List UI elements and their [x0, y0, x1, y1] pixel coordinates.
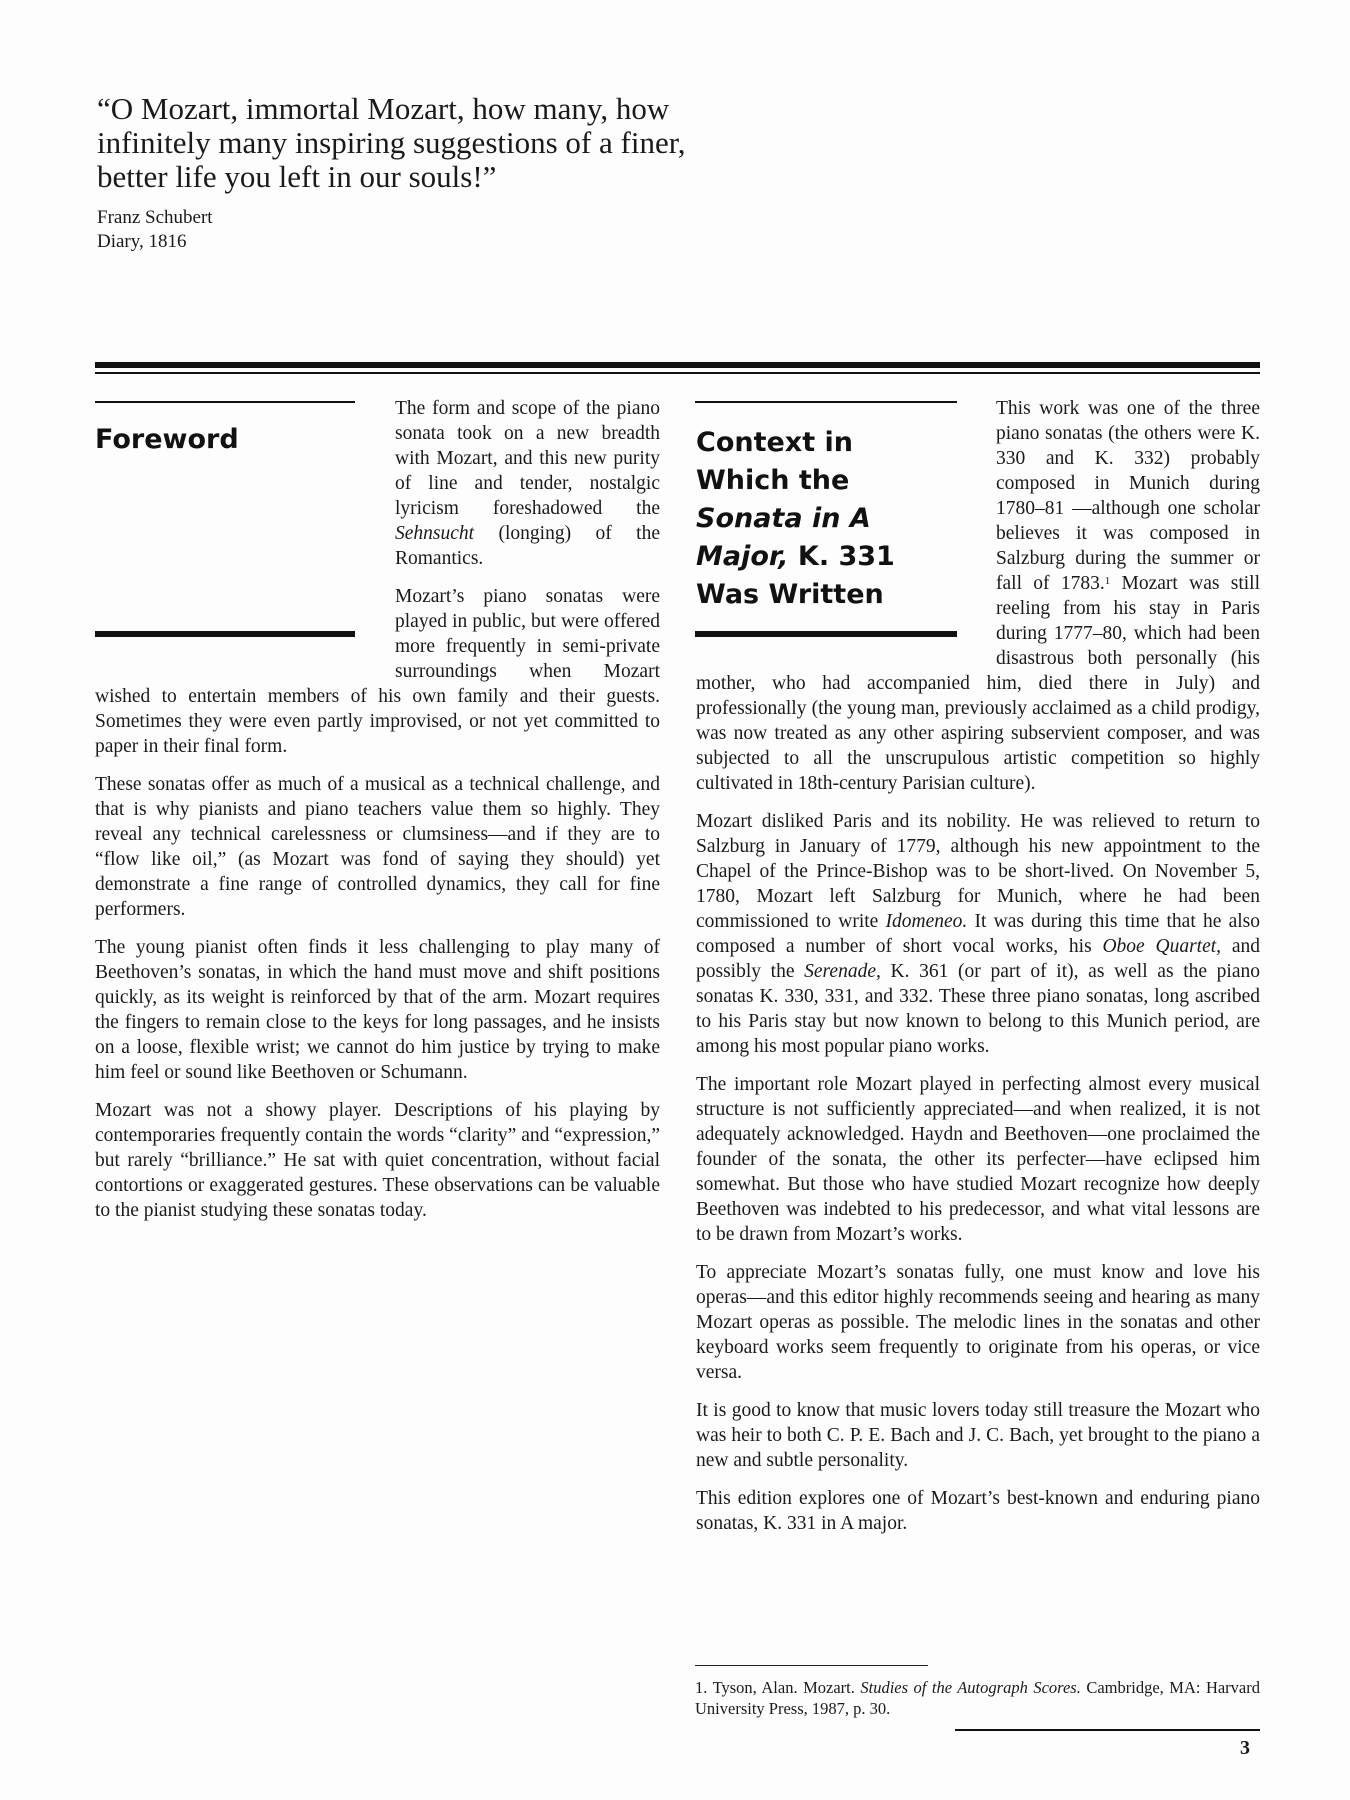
section-divider-thick [95, 362, 1260, 368]
context-paragraph: This edition explores one of Mozart’s be… [696, 1486, 1260, 1536]
foreword-paragraph: Mozart was not a showy player. Descripti… [95, 1098, 660, 1223]
footnote-ref[interactable]: 1 [1105, 575, 1111, 587]
footnote-rule [695, 1665, 928, 1666]
epigraph: “O Mozart, immortal Mozart, how many, ho… [97, 92, 717, 254]
epigraph-source: Diary, 1816 [97, 230, 717, 254]
context-paragraph: To appreciate Mozart’s sonatas fully, on… [696, 1260, 1260, 1385]
epigraph-quote: “O Mozart, immortal Mozart, how many, ho… [97, 92, 717, 194]
context-paragraph: Mozart disliked Paris and its nobility. … [696, 809, 1260, 1059]
page-number: 3 [1240, 1737, 1250, 1760]
foreword-paragraph: The young pianist often finds it less ch… [95, 935, 660, 1085]
page-number-rule [955, 1729, 1260, 1731]
epigraph-author: Franz Schubert [97, 206, 717, 230]
foreword-paragraph: These sonatas offer as much of a musical… [95, 772, 660, 922]
foreword-body: The form and scope of the piano sonata t… [95, 396, 660, 1236]
context-body: This work was one of the three piano son… [696, 396, 1260, 1549]
context-paragraph: It is good to know that music lovers tod… [696, 1398, 1260, 1473]
footnote: 1. Tyson, Alan. Mozart. Studies of the A… [695, 1677, 1260, 1719]
context-paragraph: The important role Mozart played in perf… [696, 1072, 1260, 1247]
section-divider-thin [95, 372, 1260, 374]
